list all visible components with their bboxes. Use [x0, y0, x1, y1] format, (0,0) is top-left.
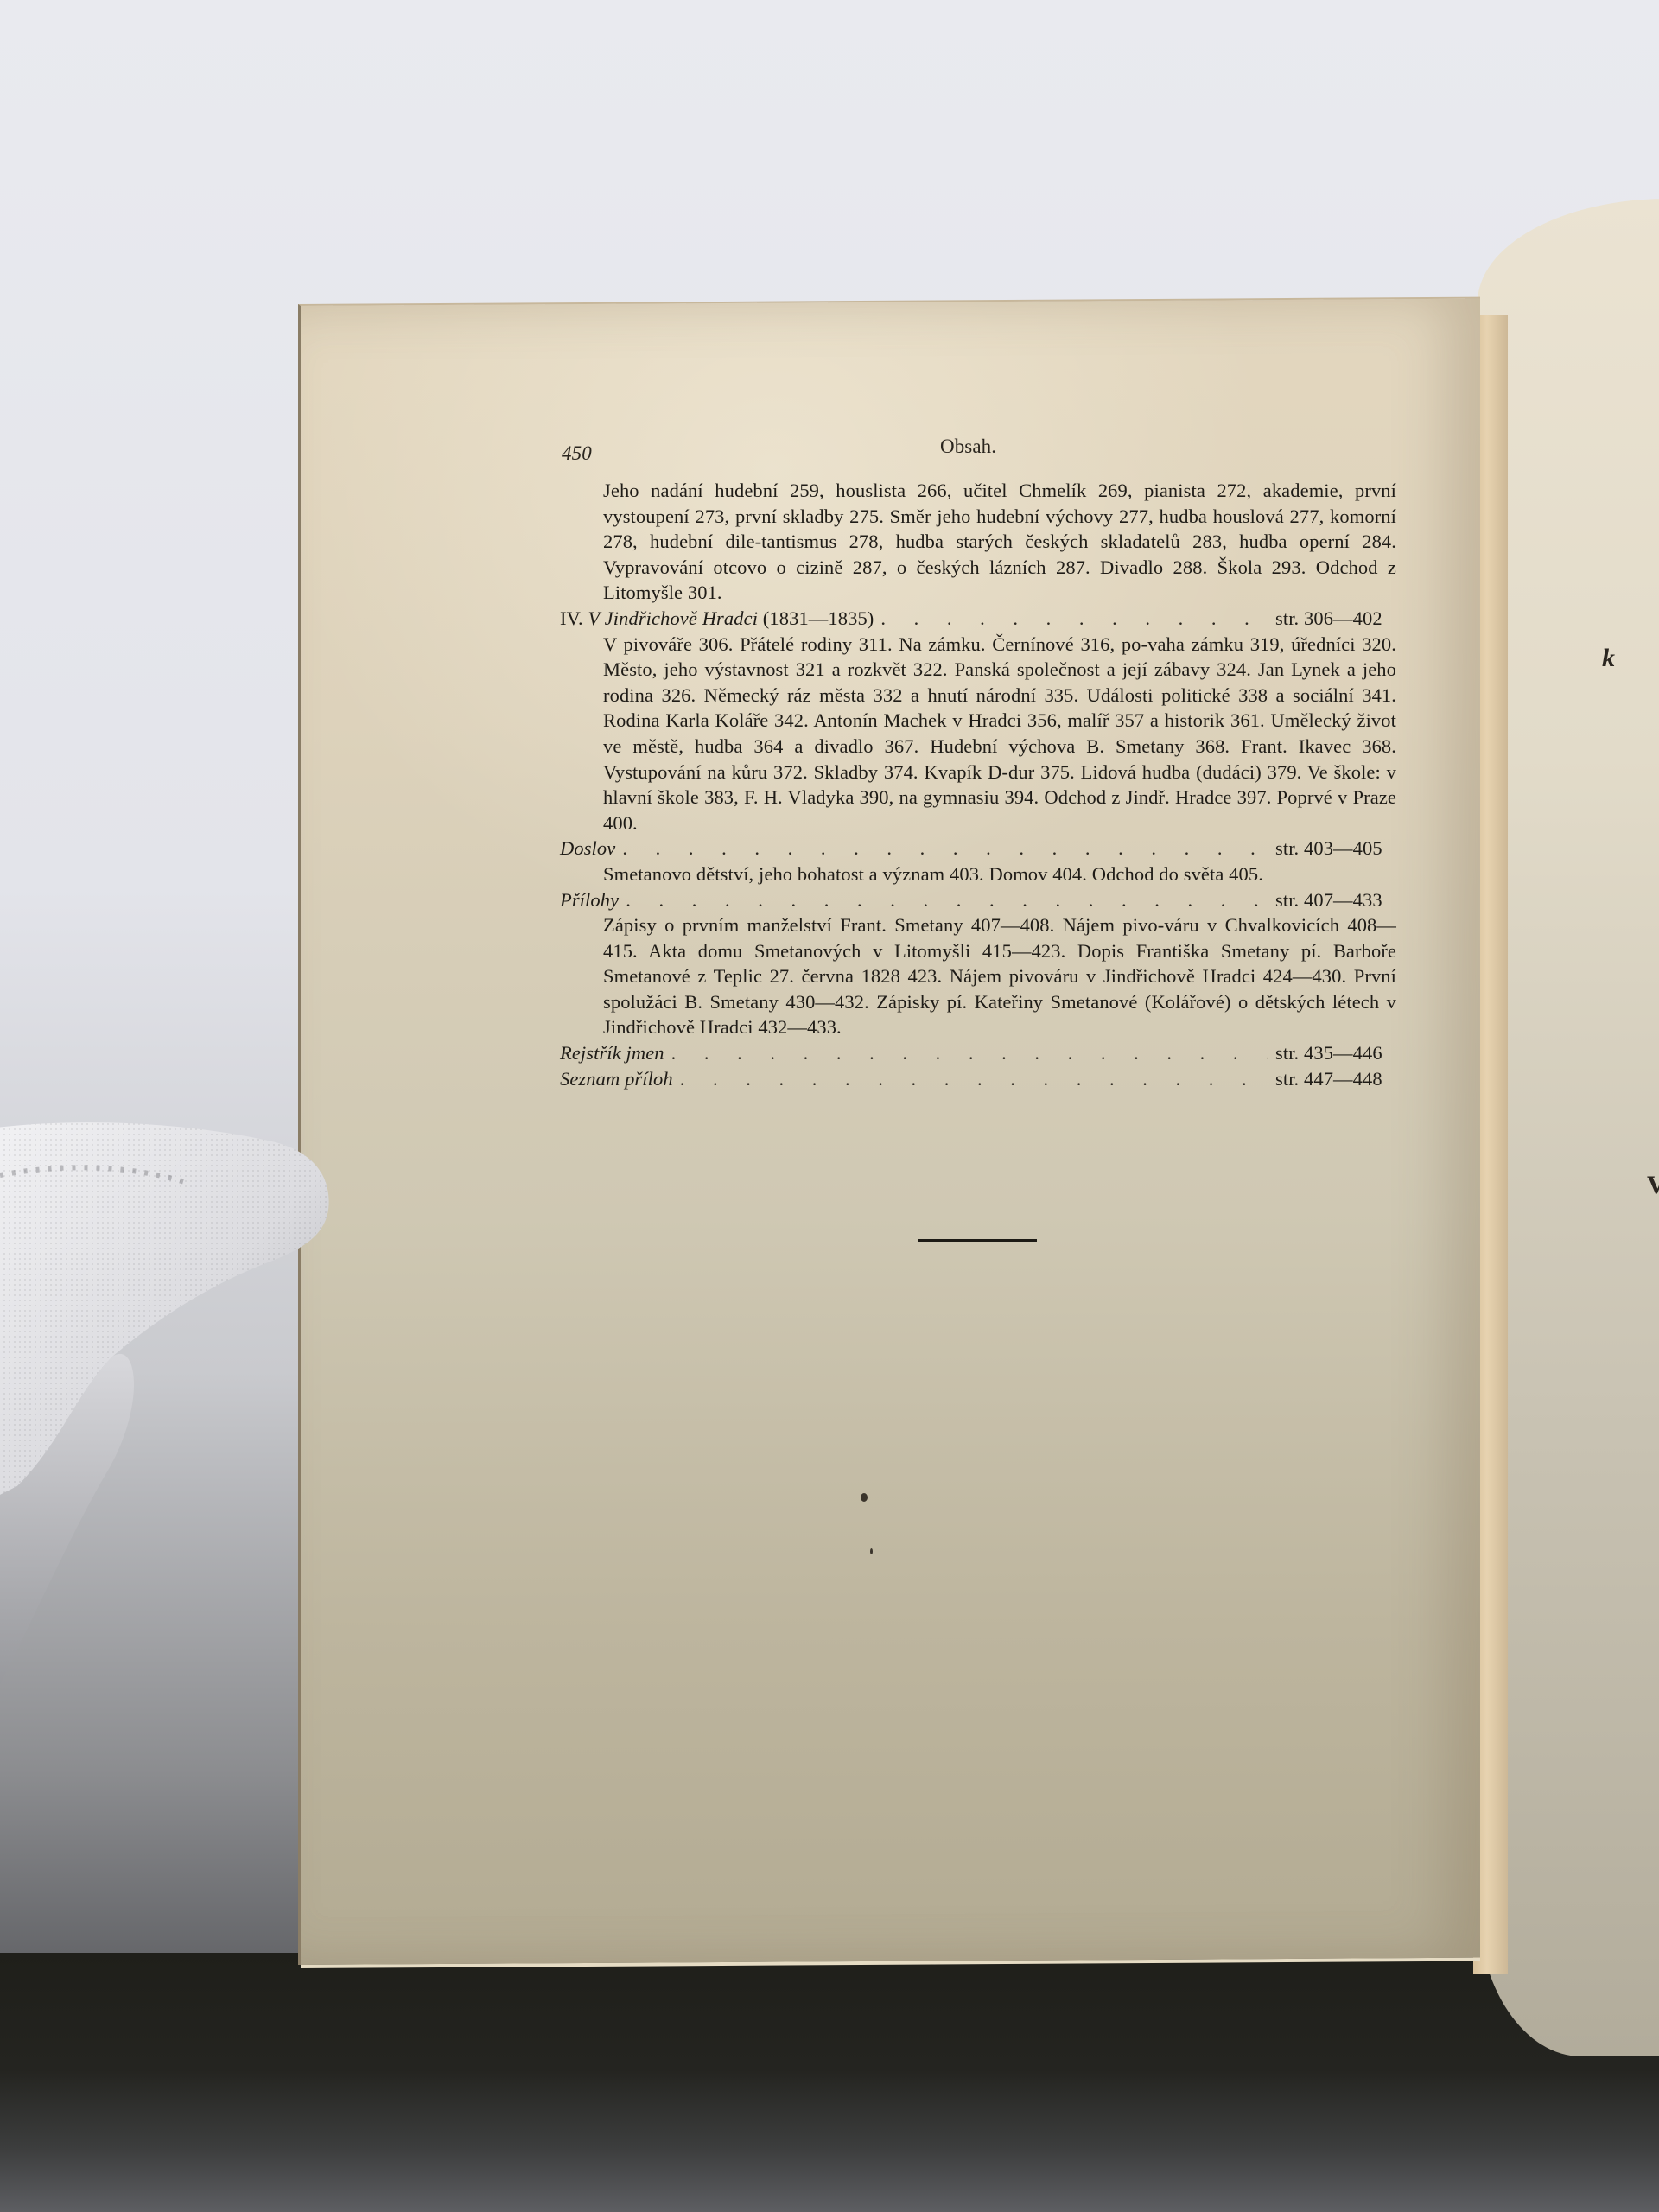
- page-range: str. 306—402: [1275, 606, 1396, 632]
- toc-entry-jindrichuv-hradec[interactable]: IV. V Jindřichově Hradci (1831—1835) . .…: [560, 606, 1396, 632]
- dot-leader: . . . . . . . . . . . . . . . . . . . . …: [671, 1040, 1268, 1066]
- dot-leader: . . . . . . . . . . . . . . . . . . . . …: [622, 836, 1268, 861]
- photo-scene: k V 450 Obsah.: [0, 0, 1659, 2212]
- entry-label: Doslov: [560, 836, 615, 861]
- end-rule-divider: [918, 1239, 1037, 1242]
- chapter-title: V Jindřichově Hradci: [588, 607, 759, 629]
- table-shadow: [0, 1953, 1659, 2212]
- chapter-title: Doslov: [560, 837, 615, 859]
- entry-label: IV. V Jindřichově Hradci (1831—1835): [560, 606, 874, 632]
- dot-leader: . . . . . . . . . . . . . . .: [880, 606, 1268, 632]
- toc-entry-doslov[interactable]: Doslov . . . . . . . . . . . . . . . . .…: [560, 836, 1396, 861]
- ink-speck: [870, 1548, 873, 1554]
- entry-label: Rejstřík jmen: [560, 1040, 664, 1066]
- chapter-numeral: IV.: [560, 607, 583, 629]
- running-head: Obsah.: [940, 434, 996, 460]
- chapter-title: Rejstřík jmen: [560, 1042, 664, 1064]
- intro-paragraph: Jeho nadání hudební 259, houslista 266, …: [560, 478, 1396, 606]
- entry-label: Přílohy: [560, 887, 619, 913]
- entry-description: V pivováře 306. Přátelé rodiny 311. Na z…: [560, 632, 1396, 836]
- dot-leader: . . . . . . . . . . . . . . . . . . . . …: [680, 1066, 1268, 1092]
- page-number: 450: [562, 441, 592, 467]
- table-of-contents: Jeho nadání hudební 259, houslista 266, …: [560, 478, 1396, 1091]
- toc-entry-prilohy[interactable]: Přílohy . . . . . . . . . . . . . . . . …: [560, 887, 1396, 913]
- right-page-fragment-v: V: [1647, 1171, 1659, 1200]
- white-glove-icon: [0, 1080, 380, 1737]
- toc-entry-seznam-priloh[interactable]: Seznam příloh . . . . . . . . . . . . . …: [560, 1066, 1396, 1092]
- page-range: str. 447—448: [1275, 1066, 1396, 1092]
- page-range: str. 435—446: [1275, 1040, 1396, 1066]
- chapter-title: Seznam příloh: [560, 1068, 673, 1090]
- page-range: str. 407—433: [1275, 887, 1396, 913]
- page-range: str. 403—405: [1275, 836, 1396, 861]
- right-page-fragment-k: k: [1602, 644, 1615, 673]
- entry-description: Zápisy o prvním manželství Frant. Smetan…: [560, 912, 1396, 1040]
- dot-leader: . . . . . . . . . . . . . . . . . . . . …: [626, 887, 1268, 913]
- ink-speck: [861, 1493, 868, 1502]
- entry-label: Seznam příloh: [560, 1066, 673, 1092]
- entry-description: Smetanovo dětství, jeho bohatost a význa…: [560, 861, 1396, 887]
- chapter-title: Přílohy: [560, 889, 619, 911]
- chapter-years: (1831—1835): [763, 607, 874, 629]
- toc-entry-rejstrik-jmen[interactable]: Rejstřík jmen . . . . . . . . . . . . . …: [560, 1040, 1396, 1066]
